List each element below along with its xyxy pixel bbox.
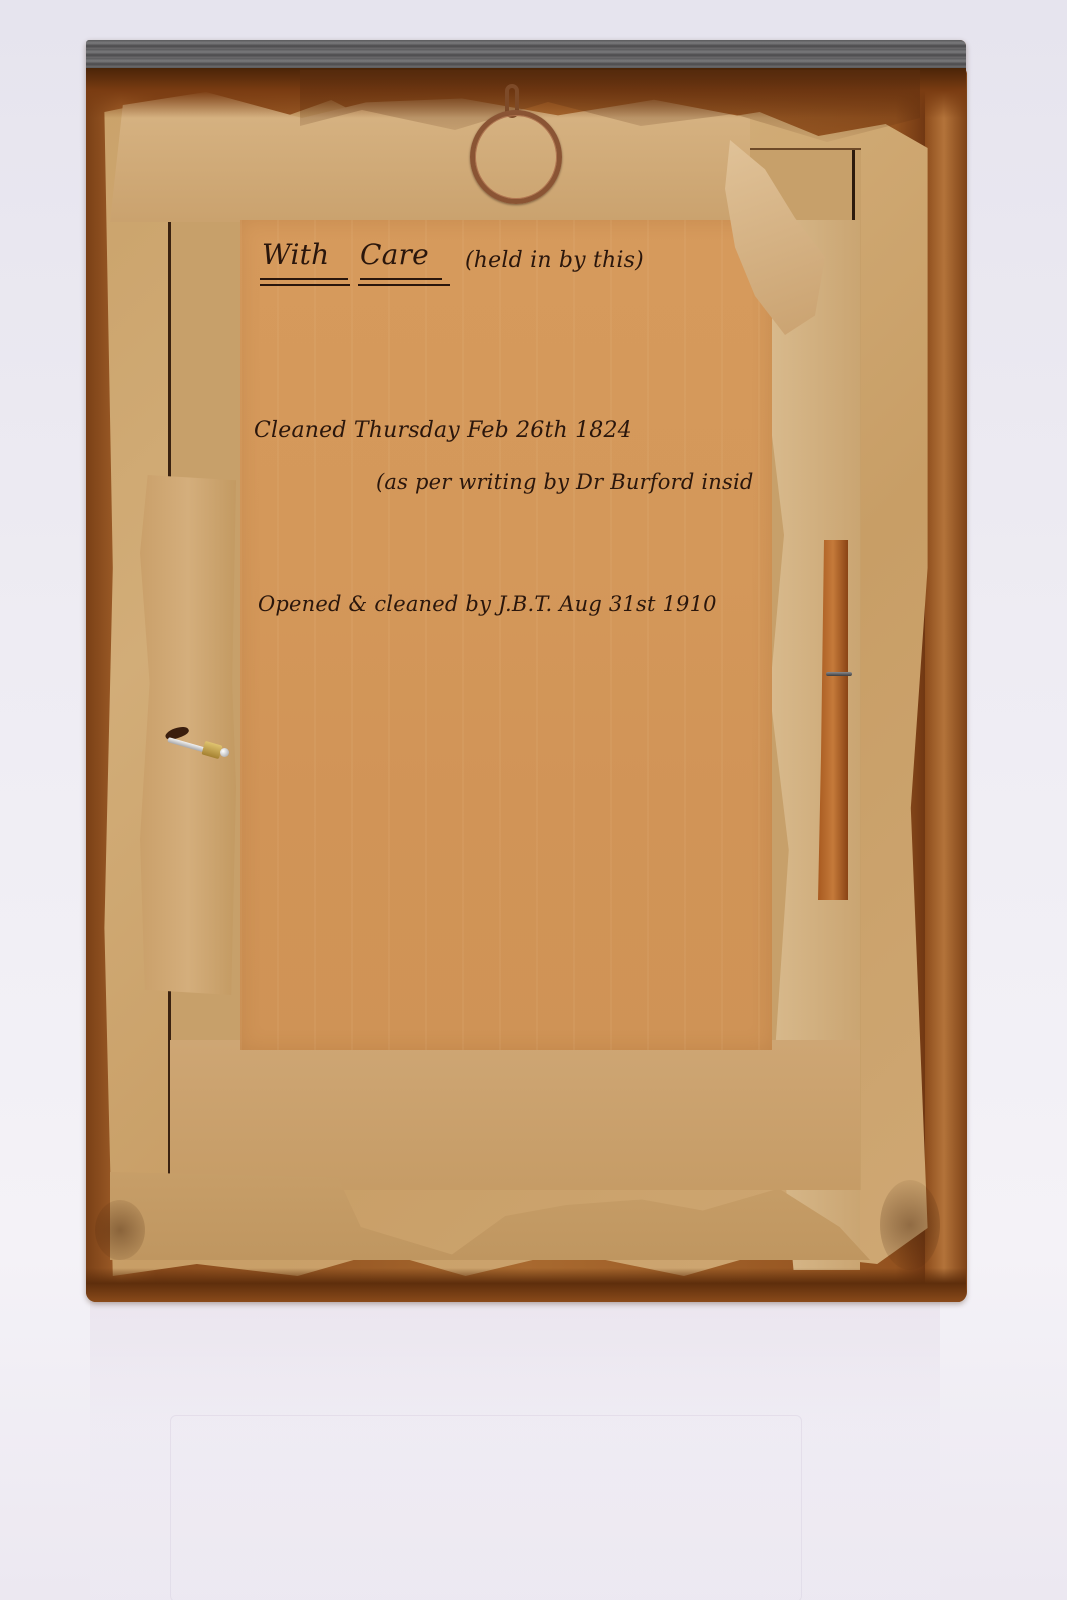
handwritten-label: With Care (held in by this) Cleaned Thur…: [240, 220, 772, 1050]
paper-tape-left: [140, 475, 236, 995]
underline: [360, 278, 442, 280]
tack-icon: [826, 672, 852, 676]
cleaning-entry-1824-note: (as per writing by Dr Burford insid: [376, 470, 754, 494]
heading-note: (held in by this): [465, 248, 644, 273]
frame-top-edge: [86, 40, 966, 70]
stain: [880, 1180, 940, 1270]
frame-bottom-band: [86, 1268, 966, 1302]
surface-reflection: [90, 1295, 940, 1600]
heading-word-with: With: [262, 238, 329, 271]
underline: [358, 284, 450, 286]
underline: [260, 278, 348, 280]
stain: [95, 1200, 145, 1260]
cleaning-entry-1910: Opened & cleaned by J.B.T. Aug 31st 1910: [258, 592, 717, 616]
underline: [260, 284, 350, 286]
heading-word-care: Care: [360, 238, 429, 271]
paper-tape-bottom: [170, 1040, 860, 1190]
photo-scene: With Care (held in by this) Cleaned Thur…: [0, 0, 1067, 1600]
pin-head: [220, 748, 229, 757]
label-texture: [240, 220, 772, 1050]
frame-right-side: [925, 68, 967, 1302]
cleaning-entry-1824: Cleaned Thursday Feb 26th 1824: [254, 418, 632, 443]
reflection-inner-outline: [170, 1415, 802, 1600]
hanging-ring-icon: [470, 110, 562, 204]
